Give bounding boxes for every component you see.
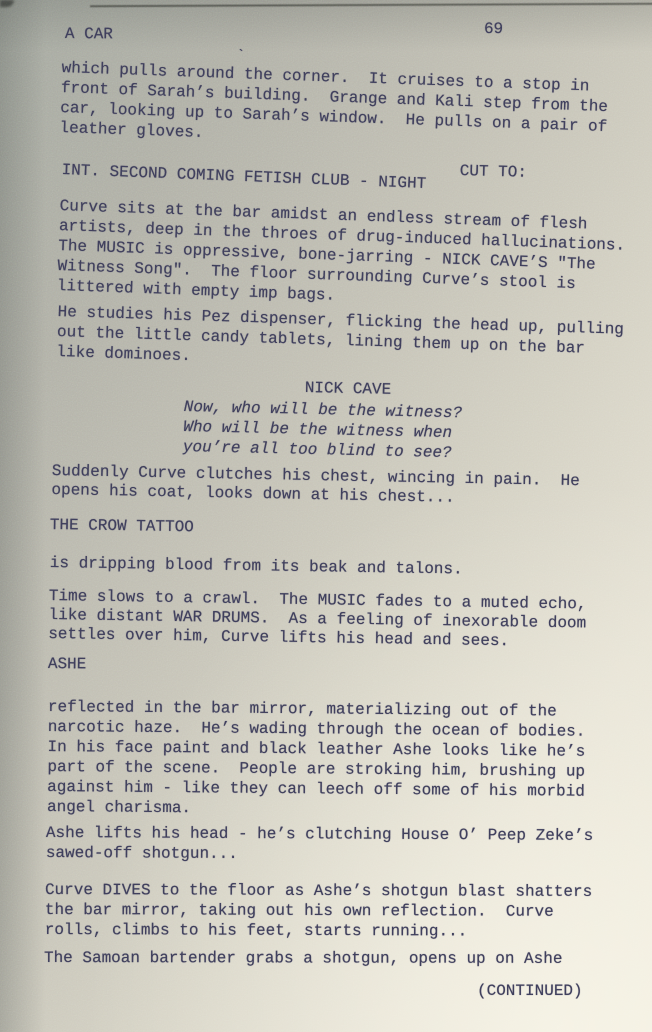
shot-slug-ashe: ASHE xyxy=(48,654,87,674)
action-paragraph-dripping-blood: is dripping blood from its beak and talo… xyxy=(50,553,463,579)
action-paragraph-ashe-lifts-head: Ashe lifts his head - he’s clutching Hou… xyxy=(46,823,593,866)
action-paragraph-pez-dispenser: He studies his Pez dispenser, flicking t… xyxy=(56,302,624,380)
scene-slug-header: A CAR xyxy=(65,24,113,44)
action-paragraph-time-slows: Time slows to a crawl. The MUSIC fades t… xyxy=(48,587,587,652)
dialogue-lyrics-lines: Now, who will be the witness? Who will b… xyxy=(183,397,463,463)
action-paragraph-curve-sits: Curve sits at the bar amidst an endless … xyxy=(57,196,627,316)
action-paragraph-curve-dives: Curve DIVES to the floor as Ashe’s shotg… xyxy=(45,880,593,942)
action-paragraph-reflected-mirror: reflected in the bar mirror, materializi… xyxy=(47,697,586,822)
dialogue-character-name: NICK CAVE xyxy=(305,378,392,400)
scene-heading-fetish-club: INT. SECOND COMING FETISH CLUB - NIGHT xyxy=(61,160,426,194)
page-number: 69 xyxy=(484,19,503,39)
shot-slug-crow-tattoo: THE CROW TATTOO xyxy=(50,515,194,537)
transition-cut-to: CUT TO: xyxy=(459,161,527,183)
action-paragraph-suddenly-clutches: Suddenly Curve clutches his chest, winci… xyxy=(51,462,580,510)
script-content: A CAR 69 ` which pulls around the corner… xyxy=(0,0,652,1032)
screenplay-page-photo: A CAR 69 ` which pulls around the corner… xyxy=(0,0,652,1032)
action-paragraph-samoan-bartender: The Samoan bartender grabs a shotgun, op… xyxy=(44,948,563,969)
footer-continued: (CONTINUED) xyxy=(477,981,583,1001)
action-paragraph-which-pulls: which pulls around the corner. It cruise… xyxy=(59,58,609,157)
